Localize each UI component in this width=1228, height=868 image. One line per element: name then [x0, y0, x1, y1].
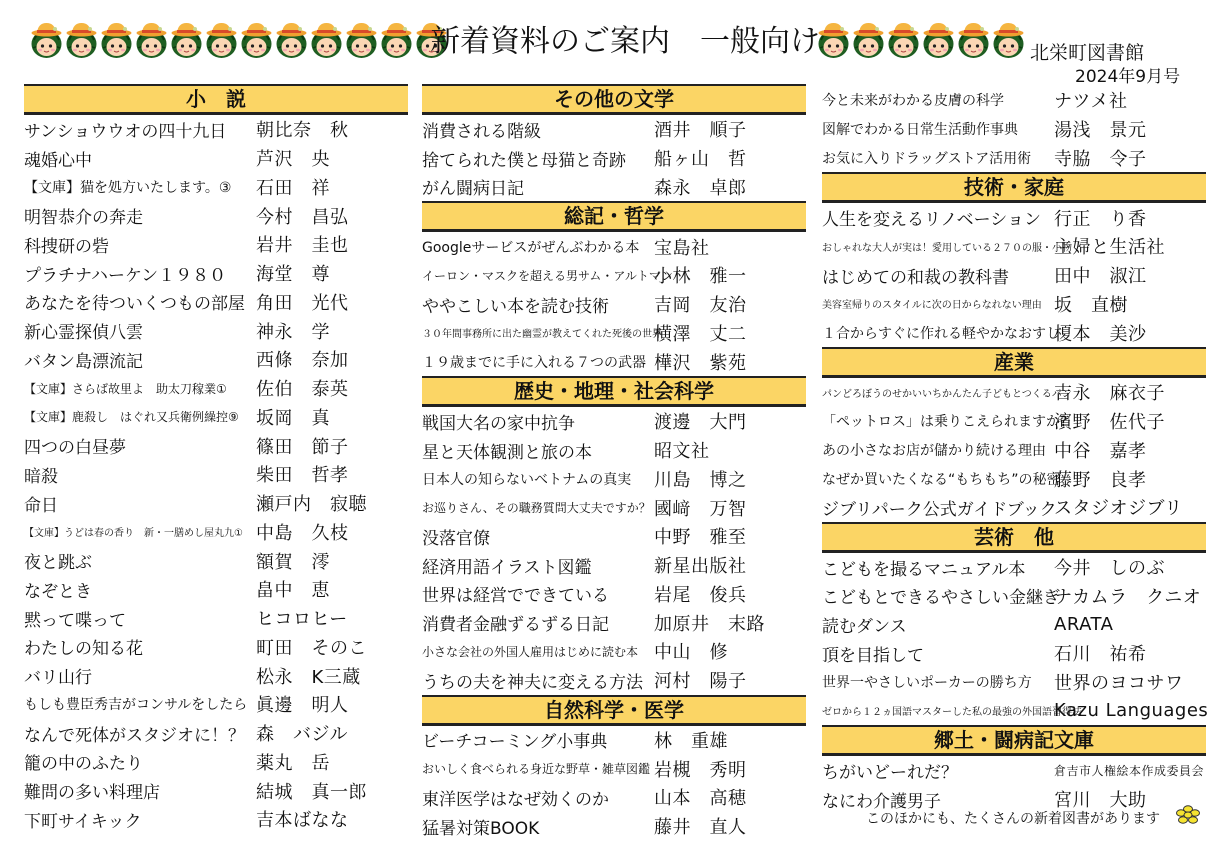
book-title: ちがいどーれだ？	[822, 758, 1054, 783]
book-author: 行正 り香	[1054, 205, 1147, 231]
book-title: おいしく食べられる身近な野草・雑草図鑑	[422, 760, 654, 777]
book-row: おいしく食べられる身近な野草・雑草図鑑岩槻 秀明	[422, 754, 806, 783]
book-author: 畠中 恵	[256, 576, 330, 602]
book-author: 森 バジル	[256, 720, 348, 746]
watermelon-mascot-icon	[992, 22, 1025, 60]
book-row: ３０年間事務所に出た幽霊が教えてくれた死後の世界横澤 丈二	[422, 319, 806, 348]
book-author: 角田 光代	[256, 289, 349, 315]
book-title: 魂婚心中	[24, 146, 256, 171]
book-title: 夜と跳ぶ	[24, 548, 256, 573]
book-author: 中野 雅至	[654, 523, 747, 549]
book-row: ビーチコーミング小事典林 重雄	[422, 726, 806, 755]
book-row: 【文庫】うどは春の香り 新・一膳めし屋丸九①中島 久枝	[24, 518, 408, 547]
book-author: 田中 淑江	[1054, 262, 1147, 288]
book-title: 星と天体観測と旅の本	[422, 438, 654, 463]
book-row: 星と天体観測と旅の本昭文社	[422, 436, 806, 465]
book-title: １合からすぐに作れる軽やかなおすし	[822, 323, 1054, 343]
book-author: 佐伯 泰英	[256, 375, 349, 401]
mascot-row-left	[30, 22, 448, 62]
book-title: おしゃれな大人が実は！愛用している２７０の服・小物	[822, 239, 1054, 254]
issue-date: 2024年9月号	[1075, 62, 1180, 87]
book-row: 【文庫】鹿殺し はぐれ又兵衛例繰控⑨坂岡 真	[24, 403, 408, 432]
book-row: 世界は経営でできている岩尾 俊兵	[422, 580, 806, 609]
book-author: 西條 奈加	[256, 346, 349, 372]
watermelon-mascot-icon	[852, 22, 885, 60]
book-author: 世界のヨコサワ	[1054, 669, 1184, 695]
book-row: 【文庫】猫を処方いたします。③石田 祥	[24, 173, 408, 202]
book-row: うちの夫を神夫に変える方法河村 陽子	[422, 666, 806, 695]
book-row: もしも豊臣秀吉がコンサルをしたら眞邊 明人	[24, 690, 408, 719]
book-row: １９歳までに手に入れる７つの武器樺沢 紫苑	[422, 347, 806, 376]
book-author: 中山 修	[654, 638, 728, 664]
book-title: 下町サイキック	[24, 807, 256, 832]
watermelon-mascot-icon	[135, 22, 168, 60]
book-row: 消費される階級酒井 順子	[422, 115, 806, 144]
book-author: 新星出版社	[654, 552, 747, 578]
book-author: 瀬戸内 寂聴	[256, 490, 367, 516]
book-title: 難問の多い料理店	[24, 778, 256, 803]
book-title: Googleサービスがぜんぶわかる本	[422, 237, 654, 257]
book-author: 吉本ばなな	[256, 806, 349, 832]
book-row: 明智恭介の奔走今村 昌弘	[24, 201, 408, 230]
column-1: 小 説 サンショウウオの四十九日朝比奈 秋 魂婚心中芦沢 央 【文庫】猫を処方い…	[24, 84, 408, 834]
book-author: 今井 しのぶ	[1054, 554, 1165, 580]
book-author: 樺沢 紫苑	[654, 349, 747, 375]
book-row: バタン島漂流記西條 奈加	[24, 345, 408, 374]
book-author: 岩槻 秀明	[654, 756, 747, 782]
book-row: ジブリパーク公式ガイドブックスタジオジブリ	[822, 493, 1206, 522]
book-row: イーロン・マスクを超える男サム・アルトマン小林 雅一	[422, 261, 806, 290]
book-row: 小さな会社の外国人雇用はじめに読む本中山 修	[422, 637, 806, 666]
book-row: 下町サイキック吉本ばなな	[24, 805, 408, 834]
book-row: なぞとき畠中 恵	[24, 575, 408, 604]
book-author: 朝比奈 秋	[256, 116, 349, 142]
book-title: 黙って喋って	[24, 606, 256, 631]
book-title: 戦国大名の家中抗争	[422, 409, 654, 434]
book-author: 主婦と生活社	[1054, 233, 1165, 259]
book-row: こどもを撮るマニュアル本今井 しのぶ	[822, 553, 1206, 582]
book-title: 没落官僚	[422, 524, 654, 549]
book-row: サンショウウオの四十九日朝比奈 秋	[24, 115, 408, 144]
book-author: 松永 K三蔵	[256, 663, 361, 689]
book-row: ややこしい本を読む技術吉岡 友治	[422, 290, 806, 319]
book-author: 薬丸 岳	[256, 749, 330, 775]
footer-note: このほかにも、たくさんの新着図書があります	[866, 808, 1160, 828]
section-header-science-medicine: 自然科学・医学	[422, 695, 806, 726]
book-title: 小さな会社の外国人雇用はじめに読む本	[422, 643, 654, 660]
book-title: 「ペットロス」は乗りこえられますか?	[822, 411, 1054, 431]
book-row: ちがいどーれだ？倉吉市人権絵本作成委員会	[822, 756, 1206, 785]
book-author: 國﨑 万智	[654, 495, 747, 521]
book-row: 難問の多い料理店結城 真一郎	[24, 776, 408, 805]
book-title: プラチナハーケン１９８０	[24, 261, 256, 286]
book-author: 濱野 佐代子	[1054, 408, 1165, 434]
book-title: ややこしい本を読む技術	[422, 292, 654, 317]
book-title: 世界一やさしいポーカーの勝ち方	[822, 672, 1054, 692]
watermelon-mascot-icon	[345, 22, 378, 60]
book-title: 頂を目指して	[822, 641, 1054, 666]
book-author: 坂 直樹	[1054, 291, 1128, 317]
book-author: 海堂 尊	[256, 260, 330, 286]
book-author: 小林 雅一	[654, 262, 747, 288]
book-author: 川島 博之	[654, 466, 747, 492]
book-title: 明智恭介の奔走	[24, 203, 256, 228]
book-author: 河村 陽子	[654, 667, 747, 693]
book-row: 猛暑対策BOOK藤井 直人	[422, 812, 806, 841]
book-row: 今と未来がわかる皮膚の科学ナツメ社	[822, 86, 1206, 115]
book-row: なぜか買いたくなる“もちもち”の秘密藤野 良孝	[822, 464, 1206, 493]
book-author: Kazu Languages	[1054, 700, 1208, 721]
book-title: ビーチコーミング小事典	[422, 727, 654, 752]
book-row: 世界一やさしいポーカーの勝ち方世界のヨコサワ	[822, 668, 1206, 697]
book-author: 横澤 丈二	[654, 320, 747, 346]
book-row: お巡りさん、その職務質問大丈夫ですか？國﨑 万智	[422, 493, 806, 522]
book-title: 美容室帰りのスタイルに次の日からなれない理由	[822, 296, 1054, 311]
book-title: 【文庫】猫を処方いたします。③	[24, 177, 256, 197]
book-title: 捨てられた僕と母猫と奇跡	[422, 146, 654, 171]
section-header-general-philosophy: 総記・哲学	[422, 201, 806, 232]
book-row: 黙って喋ってヒコロヒー	[24, 604, 408, 633]
book-title: なぜか買いたくなる“もちもち”の秘密	[822, 469, 1054, 489]
book-title: 命日	[24, 491, 256, 516]
book-author: 倉吉市人権絵本作成委員会	[1054, 762, 1204, 779]
book-row: 人生を変えるリノベーション行正 り香	[822, 203, 1206, 232]
book-author: ナツメ社	[1054, 87, 1127, 113]
book-author: 今村 昌弘	[256, 203, 349, 229]
book-row: 東洋医学はなぜ効くのか山本 高穂	[422, 783, 806, 812]
book-title: わたしの知る花	[24, 634, 256, 659]
watermelon-mascot-icon	[205, 22, 238, 60]
book-author: 森永 卓郎	[654, 174, 747, 200]
book-author: 中谷 嘉孝	[1054, 437, 1147, 463]
book-title: あの小さなお店が儲かり続ける理由	[822, 440, 1054, 460]
book-author: 昭文社	[654, 437, 710, 463]
book-row: 戦国大名の家中抗争渡邊 大門	[422, 407, 806, 436]
book-title: ゼロから１２ヵ国語マスターした私の最強の外国語習得法	[822, 703, 1054, 718]
book-title: バタン島漂流記	[24, 347, 256, 372]
book-title: 科捜研の砦	[24, 232, 256, 257]
book-author: 吉永 麻衣子	[1054, 379, 1165, 405]
book-row: わたしの知る花町田 そのこ	[24, 633, 408, 662]
book-title: サンショウウオの四十九日	[24, 117, 256, 142]
book-author: 神永 学	[256, 318, 330, 344]
book-author: 額賀 澪	[256, 548, 330, 574]
watermelon-mascot-icon	[275, 22, 308, 60]
book-row: 頂を目指して石川 祐希	[822, 639, 1206, 668]
book-title: なんで死体がスタジオに！？	[24, 721, 256, 746]
watermelon-mascot-icon	[310, 22, 343, 60]
book-author: ヒコロヒー	[256, 605, 348, 631]
book-author: 結城 真一郎	[256, 778, 367, 804]
book-title: イーロン・マスクを超える男サム・アルトマン	[422, 267, 654, 284]
book-row: 科捜研の砦岩井 圭也	[24, 230, 408, 259]
book-row: こどもとできるやさしい金継ぎナカムラ クニオ	[822, 582, 1206, 611]
book-row: ゼロから１２ヵ国語マスターした私の最強の外国語習得法Kazu Languages	[822, 697, 1206, 726]
book-title: 【文庫】うどは春の香り 新・一膳めし屋丸九①	[24, 524, 256, 539]
book-title: 日本人の知らないベトナムの真実	[422, 469, 654, 489]
book-row: 経済用語イラスト図鑑新星出版社	[422, 551, 806, 580]
section-header-industry: 産業	[822, 347, 1206, 378]
book-title: こどもとできるやさしい金継ぎ	[822, 583, 1054, 608]
book-author: 山本 高穂	[654, 784, 747, 810]
book-author: 船ヶ山 哲	[654, 145, 747, 171]
book-author: 石田 祥	[256, 174, 330, 200]
book-row: プラチナハーケン１９８０海堂 尊	[24, 259, 408, 288]
watermelon-mascot-icon	[922, 22, 955, 60]
book-title: お巡りさん、その職務質問大丈夫ですか？	[422, 499, 654, 516]
book-title: ジブリパーク公式ガイドブック	[822, 495, 1054, 520]
book-title: バリ山行	[24, 663, 256, 688]
section-header-technology-home: 技術・家庭	[822, 172, 1206, 203]
book-title: 【文庫】鹿殺し はぐれ又兵衛例繰控⑨	[24, 408, 256, 425]
watermelon-mascot-icon	[817, 22, 850, 60]
book-row: 【文庫】さらば故里よ 助太刀稼業①佐伯 泰英	[24, 374, 408, 403]
watermelon-mascot-icon	[887, 22, 920, 60]
page-title: 新着資料のご案内 一般向け	[430, 22, 820, 62]
mascot-row-right	[817, 22, 1025, 62]
book-title: 今と未来がわかる皮膚の科学	[822, 90, 1054, 110]
book-title: もしも豊臣秀吉がコンサルをしたら	[24, 694, 256, 714]
book-title: 消費される階級	[422, 117, 654, 142]
book-title: がん闘病日記	[422, 174, 654, 199]
book-row: 籠の中のふたり薬丸 岳	[24, 748, 408, 777]
book-row: あなたを待ついくつもの部屋角田 光代	[24, 288, 408, 317]
book-row: 四つの白昼夢篠田 節子	[24, 431, 408, 460]
watermelon-mascot-icon	[240, 22, 273, 60]
section-header-local-bunko: 郷土・闘病記文庫	[822, 725, 1206, 756]
book-title: 読むダンス	[822, 612, 1054, 637]
book-row: がん闘病日記森永 卓郎	[422, 173, 806, 202]
book-row: 暗殺柴田 哲孝	[24, 460, 408, 489]
book-author: スタジオジブリ	[1054, 494, 1183, 520]
book-author: 中島 久枝	[256, 519, 349, 545]
column-3: 今と未来がわかる皮膚の科学ナツメ社 図解でわかる日常生活動作事典湯浅 景元 お気…	[822, 86, 1206, 814]
book-row: おしゃれな大人が実は！愛用している２７０の服・小物主婦と生活社	[822, 232, 1206, 261]
book-author: 渡邊 大門	[654, 408, 747, 434]
book-title: あなたを待ついくつもの部屋	[24, 289, 256, 314]
book-row: 新心霊探偵八雲神永 学	[24, 316, 408, 345]
book-author: 石川 祐希	[1054, 640, 1147, 666]
book-author: 岩尾 俊兵	[654, 581, 747, 607]
book-row: 美容室帰りのスタイルに次の日からなれない理由坂 直樹	[822, 290, 1206, 319]
book-row: 夜と跳ぶ額賀 澪	[24, 546, 408, 575]
book-author: 榎本 美沙	[1054, 320, 1147, 346]
book-title: はじめての和裁の教科書	[822, 263, 1054, 288]
watermelon-mascot-icon	[170, 22, 203, 60]
book-title: 猛暑対策BOOK	[422, 814, 654, 839]
book-title: 世界は経営でできている	[422, 581, 654, 606]
book-row: 消費者金融ずるずる日記加原井 末路	[422, 608, 806, 637]
book-title: 東洋医学はなぜ効くのか	[422, 785, 654, 810]
book-author: 岩井 圭也	[256, 231, 349, 257]
book-author: 藤野 良孝	[1054, 466, 1147, 492]
book-author: 藤井 直人	[654, 813, 747, 839]
book-title: 新心霊探偵八雲	[24, 318, 256, 343]
book-author: 柴田 哲孝	[256, 461, 349, 487]
book-row: 日本人の知らないベトナムの真実川島 博之	[422, 465, 806, 494]
book-author: 加原井 末路	[654, 610, 765, 636]
book-row: Googleサービスがぜんぶわかる本宝島社	[422, 232, 806, 261]
book-row: 図解でわかる日常生活動作事典湯浅 景元	[822, 115, 1206, 144]
library-name: 北栄町図書館	[1030, 38, 1144, 65]
book-title: ３０年間事務所に出た幽霊が教えてくれた死後の世界	[422, 325, 654, 340]
book-author: 吉岡 友治	[654, 291, 747, 317]
book-author: 町田 そのこ	[256, 634, 367, 660]
book-title: 経済用語イラスト図鑑	[422, 553, 654, 578]
section-header-arts: 芸術 他	[822, 522, 1206, 553]
book-title: 消費者金融ずるずる日記	[422, 610, 654, 635]
book-author: 寺脇 令子	[1054, 145, 1147, 171]
book-author: 眞邊 明人	[256, 691, 349, 717]
book-title: １９歳までに手に入れる７つの武器	[422, 352, 654, 372]
book-author: ARATA	[1054, 614, 1113, 635]
book-author: 芦沢 央	[256, 145, 330, 171]
book-title: 人生を変えるリノベーション	[822, 205, 1054, 230]
book-row: バリ山行松永 K三蔵	[24, 661, 408, 690]
book-author: ナカムラ クニオ	[1054, 583, 1201, 609]
book-title: 籠の中のふたり	[24, 749, 256, 774]
book-title: 【文庫】さらば故里よ 助太刀稼業①	[24, 380, 256, 397]
section-header-history-social: 歴史・地理・社会科学	[422, 376, 806, 407]
book-title: 図解でわかる日常生活動作事典	[822, 119, 1054, 139]
column-2: その他の文学 消費される階級酒井 順子 捨てられた僕と母猫と奇跡船ヶ山 哲 がん…	[422, 84, 806, 841]
book-row: 「ペットロス」は乗りこえられますか?濱野 佐代子	[822, 407, 1206, 436]
watermelon-mascot-icon	[957, 22, 990, 60]
book-title: うちの夫を神夫に変える方法	[422, 668, 654, 693]
book-title: 暗殺	[24, 462, 256, 487]
book-row: 読むダンスARATA	[822, 610, 1206, 639]
section-header-novels: 小 説	[24, 84, 408, 115]
watermelon-mascot-icon	[30, 22, 63, 60]
book-title: こどもを撮るマニュアル本	[822, 555, 1054, 580]
book-row: 捨てられた僕と母猫と奇跡船ヶ山 哲	[422, 144, 806, 173]
watermelon-mascot-icon	[65, 22, 98, 60]
book-author: 坂岡 真	[256, 404, 330, 430]
flower-icon	[1176, 805, 1200, 825]
book-title: お気に入りドラッグストア活用術	[822, 148, 1054, 168]
watermelon-mascot-icon	[100, 22, 133, 60]
book-row: なんで死体がスタジオに！？森 バジル	[24, 719, 408, 748]
book-author: 酒井 順子	[654, 116, 747, 142]
book-author: 林 重雄	[654, 727, 728, 753]
book-row: あの小さなお店が儲かり続ける理由中谷 嘉孝	[822, 436, 1206, 465]
book-title: パンどろぼうのせかいいちかんたん子どもとつくるパン	[822, 385, 1054, 400]
book-author: 湯浅 景元	[1054, 116, 1147, 142]
book-row: 没落官僚中野 雅至	[422, 522, 806, 551]
book-row: １合からすぐに作れる軽やかなおすし榎本 美沙	[822, 318, 1206, 347]
book-row: 魂婚心中芦沢 央	[24, 144, 408, 173]
book-author: 篠田 節子	[256, 433, 349, 459]
book-title: 四つの白昼夢	[24, 433, 256, 458]
book-row: お気に入りドラッグストア活用術寺脇 令子	[822, 144, 1206, 173]
section-header-other-literature: その他の文学	[422, 84, 806, 115]
watermelon-mascot-icon	[380, 22, 413, 60]
book-title: なぞとき	[24, 577, 256, 602]
book-author: 宝島社	[654, 234, 710, 260]
book-row: パンどろぼうのせかいいちかんたん子どもとつくるパン吉永 麻衣子	[822, 378, 1206, 407]
book-row: 命日瀬戸内 寂聴	[24, 489, 408, 518]
book-row: はじめての和裁の教科書田中 淑江	[822, 261, 1206, 290]
